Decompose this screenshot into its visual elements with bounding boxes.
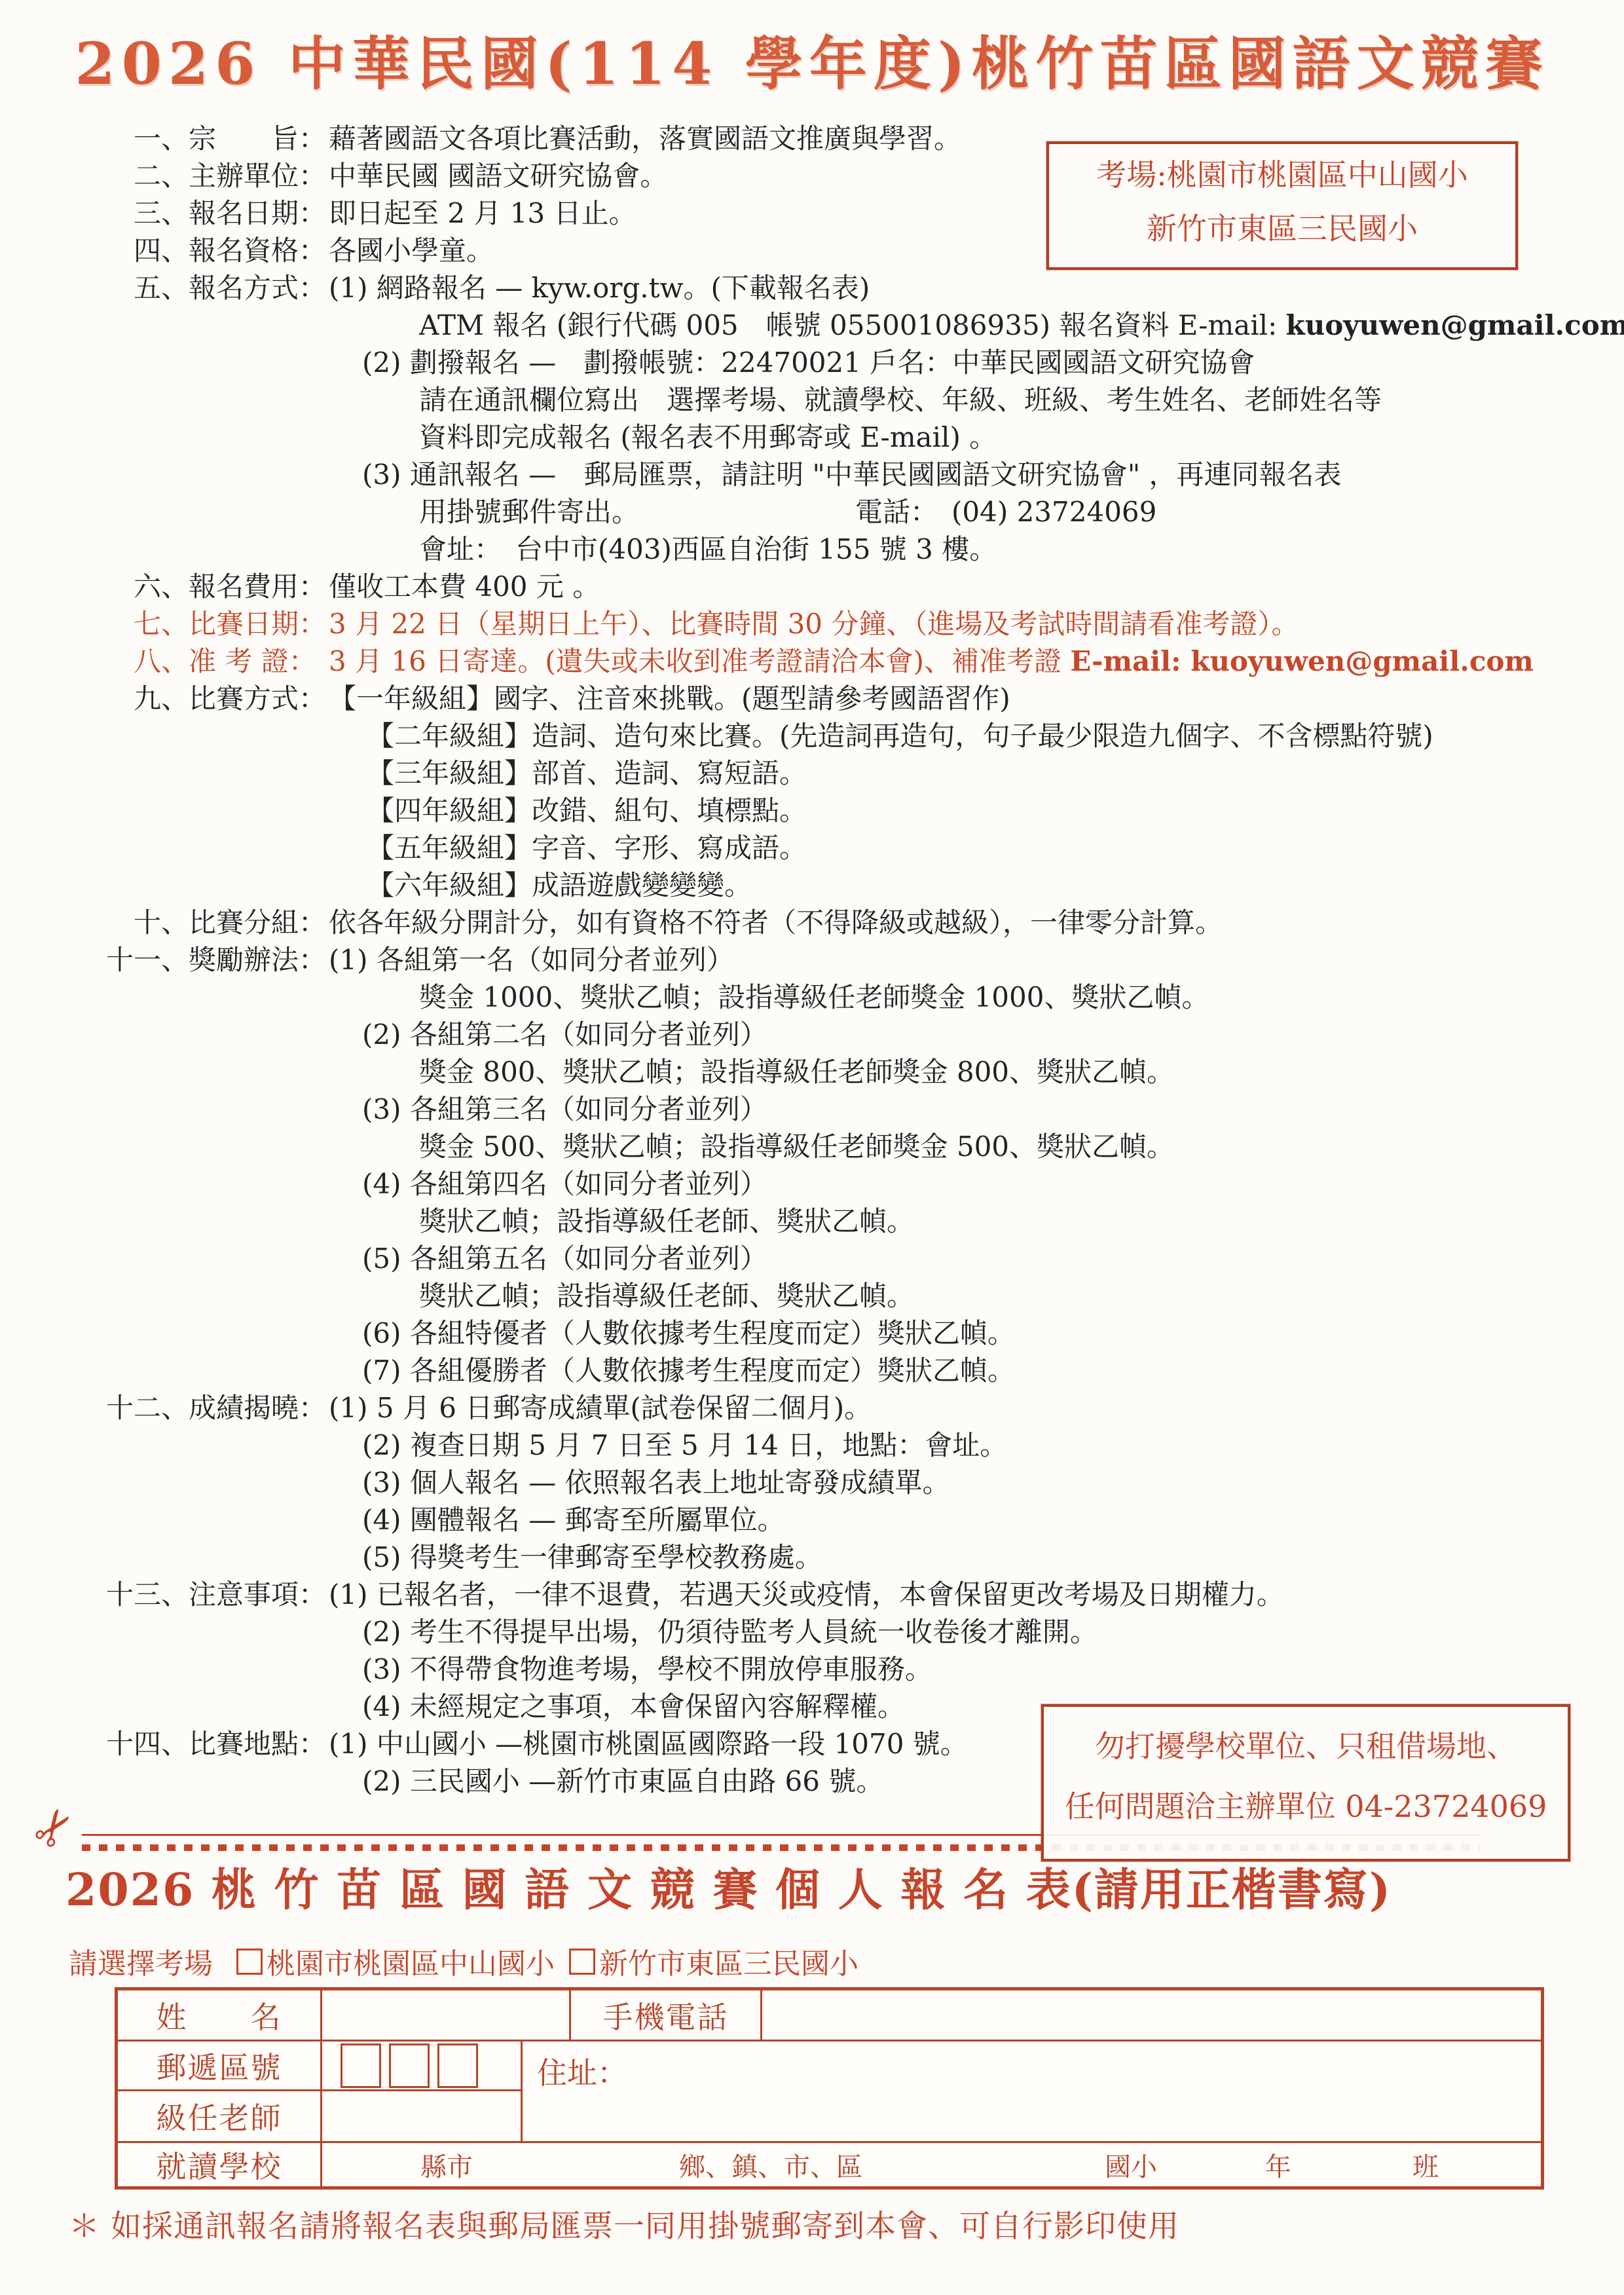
item-label: 獎勵辦法： — [189, 941, 329, 979]
body-line: 獎金 500、獎狀乙幀；設指導級任老師獎金 500、獎狀乙幀。 — [0, 1128, 1624, 1165]
body-line: (3) 各組第三名（如同分者並列） — [0, 1091, 1624, 1128]
exam-site-line1: 考場:桃園市桃園區中山國小 — [1049, 148, 1515, 202]
body-line: 六、報名費用：僅收工本費 400 元 。 — [0, 568, 1624, 605]
item-text: 即日起至 2 月 13 日止。 — [329, 197, 637, 229]
item-text: (2) 各組第二名（如同分者並列） — [362, 1018, 767, 1051]
postal-digit-box[interactable] — [341, 2043, 381, 2088]
item-text: 獎金 500、獎狀乙幀；設指導級任老師獎金 500、獎狀乙幀。 — [419, 1130, 1174, 1163]
school-label: 就讀學校 — [118, 2143, 322, 2186]
address-label: 住址： — [537, 2049, 627, 2093]
address-input-cell[interactable]: 住址： — [523, 2042, 1541, 2141]
item-number: 二、 — [58, 157, 189, 195]
body-line: 【六年級組】成語遊戲變變變。 — [0, 867, 1624, 904]
item-text: (3) 個人報名 — 依照報名表上地址寄發成績單。 — [362, 1466, 950, 1499]
item-label: 准 考 證： — [189, 643, 329, 680]
table-row-postal: 郵遞區號 — [118, 2042, 521, 2091]
item-text: 藉著國語文各項比賽活動，落實國語文推廣與學習。 — [329, 122, 961, 155]
body-line: 獎狀乙幀；設指導級任老師、獎狀乙幀。 — [0, 1203, 1624, 1240]
item-label: 比賽日期： — [189, 605, 329, 643]
item-text: 電話： (04) 23724069 — [855, 496, 1156, 528]
item-label: 報名日期： — [189, 195, 329, 232]
item-label: 比賽方式： — [189, 680, 329, 717]
body-line: (2) 考生不得提早出場，仍須待監考人員統一收卷後才離開。 — [0, 1613, 1624, 1651]
registration-form-table: 姓 名 手機電話 郵遞區號 級任老師 — [115, 1987, 1544, 2190]
body-line: 十、比賽分組：依各年級分開計分，如有資格不符者（不得降級或越級），一律零分計算。 — [0, 904, 1624, 941]
body-line: 十二、成績揭曉：(1) 5 月 6 日郵寄成績單(試卷保留二個月)。 — [0, 1389, 1624, 1427]
body-line: (3) 不得帶食物進考場，學校不開放停車服務。 — [0, 1651, 1624, 1688]
item-text: 【五年級組】字音、字形、寫成語。 — [367, 832, 807, 864]
teacher-input-cell[interactable] — [322, 2091, 521, 2141]
body-line: 九、比賽方式：【一年級組】國字、注音來挑戰。(題型請參考國語習作) — [0, 680, 1624, 717]
item-number: 十二、 — [58, 1389, 189, 1427]
postal-label: 郵遞區號 — [118, 2042, 322, 2089]
school-hint: 鄉、鎮、市、區 — [679, 2146, 862, 2184]
school-hint: 縣市 — [420, 2146, 473, 2184]
item-text: (1) 5 月 6 日郵寄成績單(試卷保留二個月)。 — [329, 1392, 872, 1424]
site-options: 桃園市桃園區中山國小新竹市東區三民國小 — [222, 1947, 858, 1981]
table-row-school: 就讀學校 縣市鄉、鎮、市、區國小年班 — [118, 2143, 1541, 2186]
body-line: 【四年級組】改錯、組句、填標點。 — [0, 792, 1624, 829]
body-line: 【五年級組】字音、字形、寫成語。 — [0, 829, 1624, 867]
item-number: 十三、 — [58, 1576, 189, 1613]
body-line: (2) 劃撥報名 — 劃撥帳號：22470021 戶名：中華民國國語文研究協會 — [0, 344, 1624, 381]
item-text: 用掛號郵件寄出。 — [419, 496, 639, 528]
body-line: 獎狀乙幀；設指導級任老師、獎狀乙幀。 — [0, 1277, 1624, 1315]
item-text: (5) 得獎考生一律郵寄至學校教務處。 — [362, 1541, 822, 1573]
item-label: 注意事項： — [189, 1576, 329, 1613]
exam-site-line2: 新竹市東區三民國小 — [1049, 202, 1515, 255]
item-text: (4) 未經規定之事項，本會保留內容解釋權。 — [362, 1690, 905, 1723]
item-text: (2) 複查日期 5 月 7 日至 5 月 14 日，地點：會址。 — [362, 1429, 1007, 1461]
item-text: (1) 中山國小 —桃園市桃園區國際路一段 1070 號。 — [329, 1728, 968, 1760]
site-select-label: 請選擇考場 — [69, 1947, 213, 1981]
notice-line2: 任何問題洽主辦單位 04-23724069 — [1044, 1776, 1568, 1837]
body-line: (4) 團體報名 — 郵寄至所屬單位。 — [0, 1501, 1624, 1539]
table-row-group: 郵遞區號 級任老師 住址： — [118, 2042, 1541, 2143]
item-text: (4) 團體報名 — 郵寄至所屬單位。 — [362, 1504, 785, 1536]
body-line: 五、報名方式：(1) 網路報名 — kyw.org.tw。(下載報名表) — [0, 269, 1624, 307]
item-number: 三、 — [58, 195, 189, 232]
table-row-name-phone: 姓 名 手機電話 — [118, 1990, 1541, 2042]
body-line: (5) 各組第五名（如同分者並列） — [0, 1240, 1624, 1277]
postal-digit-box[interactable] — [437, 2043, 478, 2088]
school-hint: 國小 — [1105, 2146, 1157, 2184]
item-text: (7) 各組優勝者（人數依據考生程度而定）獎狀乙幀。 — [362, 1354, 1015, 1387]
item-label: 報名資格： — [189, 232, 329, 269]
item-text: 僅收工本費 400 元 。 — [329, 570, 600, 603]
notice-line1: 勿打擾學校單位、只租借場地、 — [1044, 1716, 1568, 1776]
item-number: 十、 — [58, 904, 189, 941]
body-line: (3) 個人報名 — 依照報名表上地址寄發成績單。 — [0, 1464, 1624, 1501]
item-text: ATM 報名 (銀行代碼 005 帳號 055001086935) 報名資料 E… — [419, 309, 1286, 341]
item-number: 十四、 — [58, 1725, 189, 1763]
item-number: 六、 — [58, 568, 189, 605]
scissors-icon: ✂ — [20, 1795, 89, 1861]
item-text: 3 月 16 日寄達。(遺失或未收到准考證請洽本會)、補准考證 — [329, 645, 1070, 677]
item-text: 【六年級組】成語遊戲變變變。 — [367, 869, 752, 901]
item-text: (1) 網路報名 — kyw.org.tw。(下載報名表) — [329, 272, 870, 304]
registration-form-title: 2026 桃 竹 苗 區 國 語 文 競 賽 個 人 報 名 表(請用正楷書寫) — [65, 1855, 1392, 1918]
postal-input-cell — [322, 2042, 521, 2089]
item-text: 依各年級分開計分，如有資格不符者（不得降級或越級），一律零分計算。 — [329, 906, 1223, 939]
item-text: 獎狀乙幀；設指導級任老師、獎狀乙幀。 — [419, 1280, 914, 1312]
item-text: (4) 各組第四名（如同分者並列） — [362, 1168, 767, 1200]
left-column: 郵遞區號 級任老師 — [118, 2042, 523, 2141]
item-text: (2) 三民國小 —新竹市東區自由路 66 號。 — [362, 1765, 883, 1797]
item-text: 獎金 1000、獎狀乙幀；設指導級任老師獎金 1000、獎狀乙幀。 — [419, 981, 1209, 1013]
name-label: 姓 名 — [118, 1990, 322, 2040]
footnote: ＊ 如採通訊報名請將報名表與郵局匯票一同用掛號郵寄到本會、可自行影印使用 — [69, 2202, 1179, 2246]
teacher-label: 級任老師 — [118, 2091, 322, 2141]
school-hint: 班 — [1412, 2146, 1439, 2184]
notice-box: 勿打擾學校單位、只租借場地、 任何問題洽主辦單位 04-23724069 — [1041, 1704, 1570, 1861]
item-number: 九、 — [58, 680, 189, 717]
item-text: 各國小學童。 — [329, 234, 494, 267]
item-text: 請在通訊欄位寫出 選擇考場、就讀學校、年級、班級、考生姓名、老師姓名等 — [419, 384, 1382, 416]
item-text: 3 月 22 日（星期日上午）、比賽時間 30 分鐘、（進場及考試時間請看准考證… — [329, 608, 1299, 640]
school-hint: 年 — [1265, 2146, 1291, 2184]
site-option: 新竹市東區三民國小 — [557, 1947, 858, 1981]
body-lines: 一、宗 旨：藉著國語文各項比賽活動，落實國語文推廣與學習。二、主辦單位：中華民國… — [0, 120, 1624, 1800]
exam-site-checkbox[interactable] — [569, 1949, 595, 1975]
exam-site-option-label: 桃園市桃園區中山國小 — [267, 1947, 555, 1981]
item-text: (3) 各組第三名（如同分者並列） — [362, 1093, 767, 1125]
body-line: 【二年級組】造詞、造句來比賽。(先造詞再造句，句子最少限造九個字、不含標點符號) — [0, 717, 1624, 755]
body-line: (2) 各組第二名（如同分者並列） — [0, 1016, 1624, 1053]
item-text: 【二年級組】造詞、造句來比賽。(先造詞再造句，句子最少限造九個字、不含標點符號) — [367, 720, 1433, 752]
document-page: 2026 中華民國(114 學年度)桃竹苗區國語文競賽 考場:桃園市桃園區中山國… — [0, 0, 1624, 2295]
body-line: (4) 各組第四名（如同分者並列） — [0, 1165, 1624, 1203]
site-option: 桃園市桃園區中山國小 — [225, 1947, 555, 1981]
item-text: 【三年級組】部首、造詞、寫短語。 — [367, 757, 807, 789]
item-text: 【一年級組】國字、注音來挑戰。(題型請參考國語習作) — [329, 682, 1010, 715]
item-number: 四、 — [58, 232, 189, 269]
table-row-teacher: 級任老師 — [118, 2091, 521, 2141]
body-line: 請在通訊欄位寫出 選擇考場、就讀學校、年級、班級、考生姓名、老師姓名等 — [0, 381, 1624, 419]
item-text: (2) 考生不得提早出場，仍須待監考人員統一收卷後才離開。 — [362, 1616, 1098, 1648]
item-number: 八、 — [58, 643, 189, 680]
item-label: 比賽地點： — [189, 1725, 329, 1763]
item-label: 比賽分組： — [189, 904, 329, 941]
item-text: (3) 不得帶食物進考場，學校不開放停車服務。 — [362, 1653, 932, 1685]
exam-site-checkbox[interactable] — [236, 1949, 263, 1975]
body-line: (2) 複查日期 5 月 7 日至 5 月 14 日，地點：會址。 — [0, 1427, 1624, 1464]
body-line: (6) 各組特優者（人數依據考生程度而定）獎狀乙幀。 — [0, 1315, 1624, 1352]
body-line: ATM 報名 (銀行代碼 005 帳號 055001086935) 報名資料 E… — [0, 307, 1624, 344]
exam-site-box: 考場:桃園市桃園區中山國小 新竹市東區三民國小 — [1046, 141, 1518, 270]
item-text: (1) 各組第一名（如同分者並列） — [329, 944, 734, 976]
phone-input-cell[interactable] — [762, 1990, 1541, 2040]
item-text: (5) 各組第五名（如同分者並列） — [362, 1242, 767, 1275]
body-line: 七、比賽日期：3 月 22 日（星期日上午）、比賽時間 30 分鐘、（進場及考試… — [0, 605, 1624, 643]
item-number: 十一、 — [58, 941, 189, 979]
body-line: 資料即完成報名 (報名表不用郵寄或 E-mail) 。 — [0, 419, 1624, 456]
item-text: 【四年級組】改錯、組句、填標點。 — [367, 794, 807, 827]
item-text: 會址： 台中市(403)西區自治街 155 號 3 樓。 — [419, 533, 997, 565]
item-number: 七、 — [58, 605, 189, 643]
item-text: 資料即完成報名 (報名表不用郵寄或 E-mail) 。 — [419, 421, 997, 453]
item-number: 一、 — [58, 120, 189, 157]
item-text: 獎金 800、獎狀乙幀；設指導級任老師獎金 800、獎狀乙幀。 — [419, 1056, 1174, 1088]
body-line: 【三年級組】部首、造詞、寫短語。 — [0, 755, 1624, 792]
item-text: (1) 已報名者，一律不退費，若遇天災或疫情，本會保留更改考場及日期權力。 — [329, 1578, 1284, 1611]
body-line: 八、准 考 證：3 月 16 日寄達。(遺失或未收到准考證請洽本會)、補准考證 … — [0, 643, 1624, 680]
item-text: (3) 通訊報名 — 郵局匯票，請註明 "中華民國國語文研究協會" ，再連同報名… — [362, 458, 1342, 491]
body-line: (7) 各組優勝者（人數依據考生程度而定）獎狀乙幀。 — [0, 1352, 1624, 1389]
body-line: 用掛號郵件寄出。電話： (04) 23724069 — [0, 493, 1624, 531]
item-text: (2) 劃撥報名 — 劃撥帳號：22470021 戶名：中華民國國語文研究協會 — [362, 346, 1255, 379]
body-line: 會址： 台中市(403)西區自治街 155 號 3 樓。 — [0, 531, 1624, 568]
site-select-row: 請選擇考場 桃園市桃園區中山國小新竹市東區三民國小 — [69, 1940, 858, 1982]
item-number: 五、 — [58, 269, 189, 307]
body-line: (3) 通訊報名 — 郵局匯票，請註明 "中華民國國語文研究協會" ，再連同報名… — [0, 456, 1624, 493]
phone-label: 手機電話 — [571, 1990, 762, 2040]
item-label: 報名費用： — [189, 568, 329, 605]
item-label: 主辦單位： — [189, 157, 329, 195]
item-label: 成績揭曉： — [189, 1389, 329, 1427]
body-line: 十三、注意事項：(1) 已報名者，一律不退費，若遇天災或疫情，本會保留更改考場及… — [0, 1576, 1624, 1613]
item-text: 中華民國 國語文研究協會。 — [329, 160, 667, 192]
body-line: 十一、獎勵辦法：(1) 各組第一名（如同分者並列） — [0, 941, 1624, 979]
document-title: 2026 中華民國(114 學年度)桃竹苗區國語文競賽 — [0, 18, 1624, 101]
exam-site-option-label: 新竹市東區三民國小 — [599, 1947, 858, 1981]
item-label: 報名方式： — [189, 269, 329, 307]
item-text: 獎狀乙幀；設指導級任老師、獎狀乙幀。 — [419, 1205, 914, 1237]
body-line: (5) 得獎考生一律郵寄至學校教務處。 — [0, 1539, 1624, 1576]
name-input-cell[interactable] — [322, 1990, 571, 2040]
item-text: kuoyuwen@gmail.com — [1286, 309, 1624, 341]
item-text: (6) 各組特優者（人數依據考生程度而定）獎狀乙幀。 — [362, 1317, 1015, 1349]
body-line: 獎金 1000、獎狀乙幀；設指導級任老師獎金 1000、獎狀乙幀。 — [0, 979, 1624, 1016]
school-input-cell[interactable]: 縣市鄉、鎮、市、區國小年班 — [322, 2143, 1541, 2186]
postal-digit-box[interactable] — [389, 2043, 430, 2088]
body-line: 獎金 800、獎狀乙幀；設指導級任老師獎金 800、獎狀乙幀。 — [0, 1053, 1624, 1091]
item-text: E-mail: kuoyuwen@gmail.com — [1070, 645, 1534, 677]
item-label: 宗 旨： — [189, 120, 329, 157]
